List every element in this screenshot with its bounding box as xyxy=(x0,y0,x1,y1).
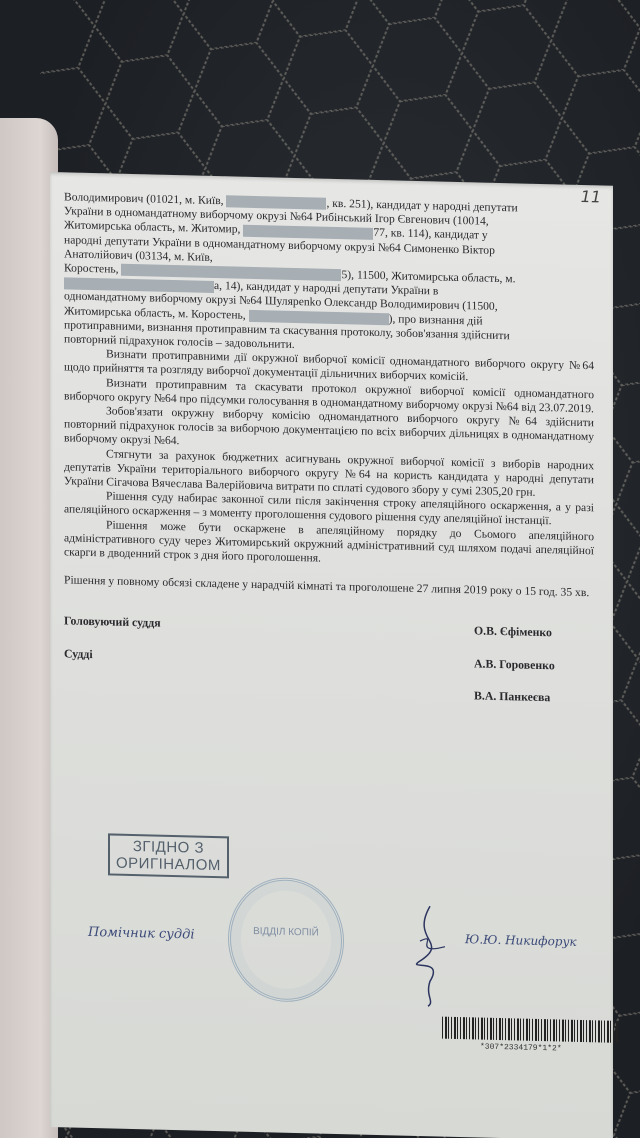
barcode-number: *307*2334179*1*2* xyxy=(480,1043,562,1054)
document-page: 11 Володимирович (01021, м. Київ, , кв. … xyxy=(50,172,613,1138)
signature-role: Головуючий суддя xyxy=(64,614,161,631)
signature-row-judge-3: В.А. Панкеєва xyxy=(64,678,594,705)
court-seal: ВІДДІЛ КОПІЙ xyxy=(228,876,344,1003)
stamp-line: ОРИГІНАЛОМ xyxy=(116,855,221,875)
text-line: Коростень, xyxy=(64,261,121,275)
handwritten-assistant-label: Помічник судді xyxy=(88,925,194,943)
signature-role: Судді xyxy=(64,646,93,661)
intro-paragraph: Володимирович (01021, м. Київ, , кв. 251… xyxy=(64,190,594,359)
signature-row-judges: Судді А.В. Горовенко xyxy=(64,646,594,673)
seal-text: ВІДДІЛ КОПІЙ xyxy=(231,925,341,939)
text-line: 77, кв. 114), кандидат у xyxy=(373,226,487,242)
signature-name: О.В. Єфіменко xyxy=(474,624,594,641)
barcode xyxy=(442,1017,618,1043)
signature-name: В.А. Панкеєва xyxy=(474,688,594,705)
signature-name: А.В. Горовенко xyxy=(474,656,594,673)
certified-copy-stamp: ЗГІДНО З ОРИГІНАЛОМ xyxy=(108,833,229,878)
handwritten-signer-name: Ю.Ю. Никифорук xyxy=(465,932,577,949)
document-body: Володимирович (01021, м. Київ, , кв. 251… xyxy=(64,190,594,723)
text-line: ), про визнання дій xyxy=(389,312,483,327)
signature-scribble-icon xyxy=(400,901,460,1012)
